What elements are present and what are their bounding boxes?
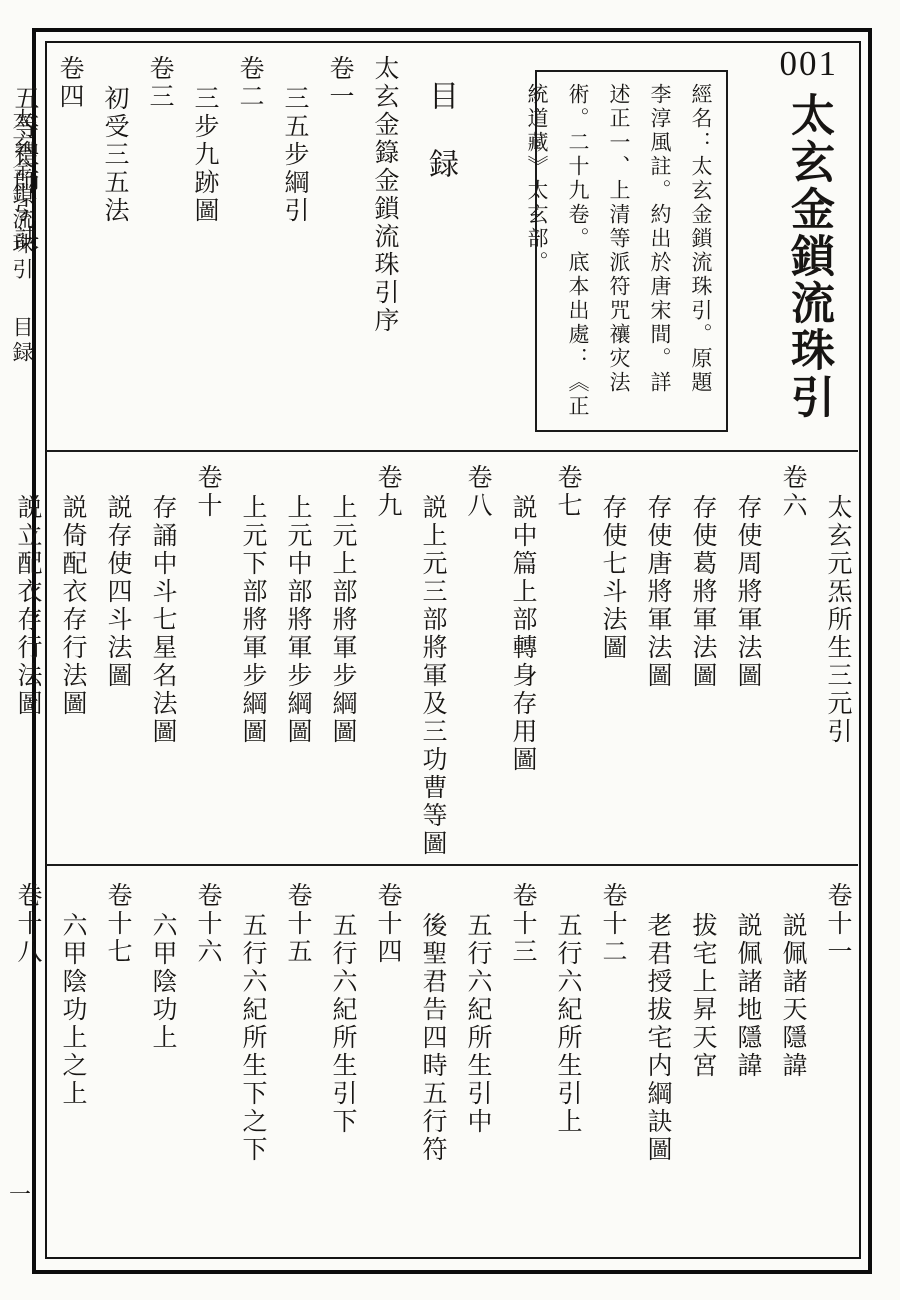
toc-column: 存使七斗法圖	[594, 464, 630, 862]
toc-column: 卷六	[774, 464, 810, 862]
toc-column: 説中篇上部轉身存用圖	[504, 464, 540, 862]
toc-column: 卷十	[189, 464, 225, 862]
toc-column: 存使唐將軍法圖	[639, 464, 675, 862]
bibliographic-note-box: 經名：太玄金鎖流珠引。原題李淳風註。約出於唐宋間。詳述正一、上清等派符咒禳灾法術…	[535, 70, 728, 432]
toc-column: 卷四	[51, 55, 87, 447]
toc-column: 説立配衣存行法圖	[9, 464, 45, 862]
toc-column: 卷十七	[99, 882, 135, 1274]
toc-column: 六甲陰功上	[144, 882, 180, 1274]
toc-column: 卷一	[321, 55, 357, 447]
toc-column: 五行六紀所生引下	[324, 882, 360, 1274]
toc-column: 説存使四斗法圖	[99, 464, 135, 862]
toc-column: 上元中部將軍步綱圖	[279, 464, 315, 862]
toc-column: 卷九	[369, 464, 405, 862]
toc-column: 存使葛將軍法圖	[684, 464, 720, 862]
toc-section-3: 卷十一説佩諸天隱諱説佩諸地隱諱拔宅上昇天宮老君授拔宅内綱訣圖卷十二五行六紀所生引…	[52, 882, 855, 1274]
toc-column: 上元上部將軍步綱圖	[324, 464, 360, 862]
spine-book-title: 太玄金鎖流珠引	[10, 108, 34, 283]
toc-column: 五行六紀所生引中	[459, 882, 495, 1274]
toc-heading: 目 録	[418, 80, 462, 182]
toc-column: 初受三五法	[96, 55, 132, 447]
toc-column: 老君授拔宅内綱訣圖	[639, 882, 675, 1274]
toc-column: 卷十四	[369, 882, 405, 1274]
toc-column: 上元下部將軍步綱圖	[234, 464, 270, 862]
section-divider-2	[46, 864, 858, 866]
toc-column: 太玄金籙金鎖流珠引序	[366, 55, 402, 447]
toc-column: 拔宅上昇天宮	[684, 882, 720, 1274]
note-column: 李淳風註。約出於唐宋間。詳	[645, 83, 675, 419]
toc-column: 存使周將軍法圖	[729, 464, 765, 862]
toc-column: 説上元三部將軍及三功曹等圖	[414, 464, 450, 862]
toc-section-1: 太玄金籙金鎖流珠引序卷一三五步綱引卷二三步九跡圖卷三初受三五法卷四五等禮師引訣卷…	[52, 55, 402, 447]
spine-title: 太玄金鎖流珠引 目録	[7, 108, 37, 366]
toc-section-2: 太玄元炁所生三元引卷六存使周將軍法圖存使葛將軍法圖存使唐將軍法圖存使七斗法圖卷七…	[52, 464, 855, 862]
toc-column: 説佩諸天隱諱	[774, 882, 810, 1274]
toc-column: 五行六紀所生下之下	[234, 882, 270, 1274]
toc-column: 六甲陰功上之上	[54, 882, 90, 1274]
toc-column: 五行六紀所生引上	[549, 882, 585, 1274]
note-column: 述正一、上清等派符咒禳灾法	[604, 83, 634, 419]
section-divider-1	[46, 450, 858, 452]
toc-column: 三五步綱引	[276, 55, 312, 447]
toc-column: 後聖君告四時五行符	[414, 882, 450, 1274]
toc-column: 説佩諸地隱諱	[729, 882, 765, 1274]
note-column: 統道藏》太玄部。	[522, 83, 552, 419]
book-title: 太玄金鎖流珠引	[776, 92, 840, 421]
toc-column: 卷十五	[279, 882, 315, 1274]
toc-column: 卷十一	[819, 882, 855, 1274]
toc-column: 卷八	[459, 464, 495, 862]
toc-column: 卷十三	[504, 882, 540, 1274]
toc-column: 三步九跡圖	[186, 55, 222, 447]
note-column: 經名：太玄金鎖流珠引。原題	[686, 83, 716, 419]
spine-section-label: 目録	[10, 316, 34, 366]
toc-column: 卷十六	[189, 882, 225, 1274]
toc-column: 卷十八	[9, 882, 45, 1274]
note-column: 術。二十九卷。底本出處：《正	[563, 83, 593, 419]
toc-column: 卷三	[141, 55, 177, 447]
toc-column: 卷十二	[594, 882, 630, 1274]
toc-column: 説倚配衣存行法圖	[54, 464, 90, 862]
page-code: 001	[780, 44, 839, 84]
toc-column: 卷七	[549, 464, 585, 862]
page-number: 一	[9, 1178, 31, 1209]
toc-column: 太玄元炁所生三元引	[819, 464, 855, 862]
toc-column: 卷二	[231, 55, 267, 447]
toc-column: 存誦中斗七星名法圖	[144, 464, 180, 862]
